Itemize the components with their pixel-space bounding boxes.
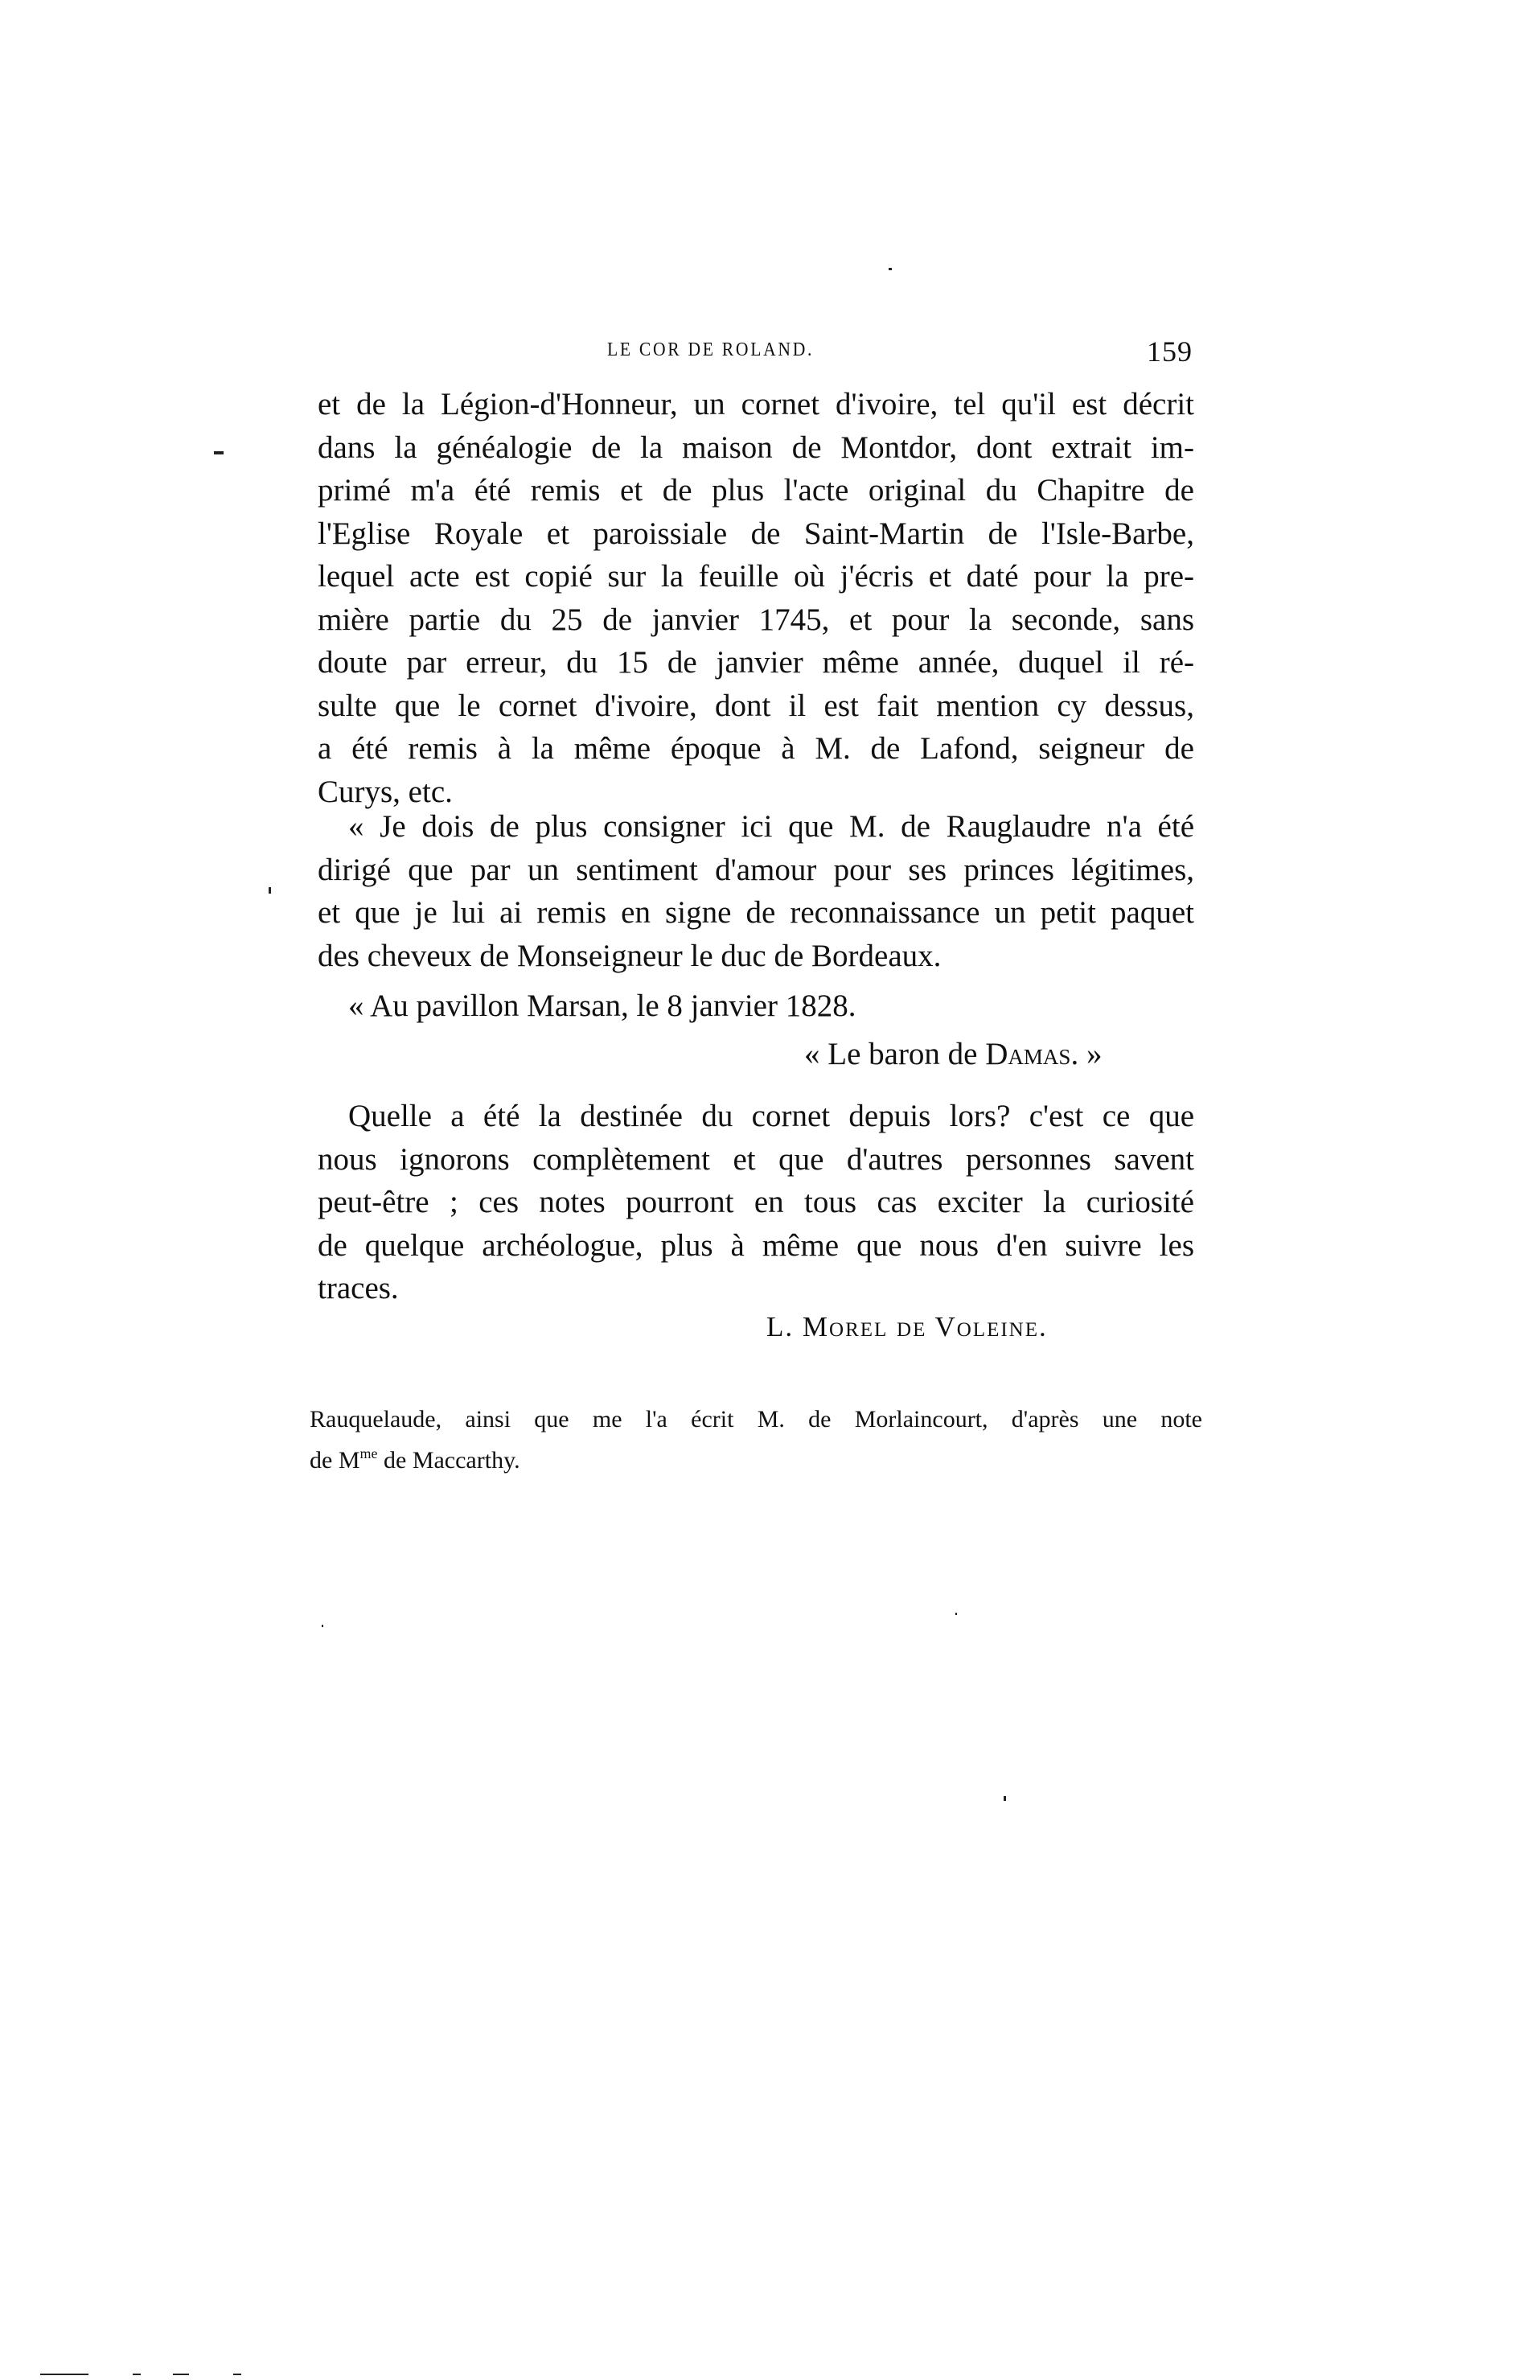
letter-signature: « Le baron de Damas. » <box>804 1036 1102 1072</box>
scan-speck <box>322 1625 323 1627</box>
paragraph-continuation: et de la Légion-d'Honneur, un cornet d'i… <box>318 383 1194 813</box>
text-line: a été remis à la même époque à M. de Laf… <box>318 727 1194 771</box>
signature-suffix: . » <box>1070 1037 1102 1071</box>
text-line: Quelle a été la destinée du cornet depui… <box>318 1095 1194 1138</box>
scan-speck <box>955 1613 957 1615</box>
scan-speck <box>889 268 892 270</box>
closing-paragraph: Quelle a été la destinée du cornet depui… <box>318 1095 1194 1310</box>
text-line: de quelque archéologue, plus à même que … <box>318 1224 1194 1268</box>
scan-speck <box>269 887 271 894</box>
scan-speck <box>233 2374 241 2375</box>
page-number: 159 <box>1147 335 1193 368</box>
scan-speck <box>214 451 224 454</box>
text-line: traces. <box>318 1267 1194 1310</box>
scan-speck <box>1004 1796 1006 1801</box>
text-line: peut-être ; ces notes pourront en tous c… <box>318 1181 1194 1224</box>
footnote-line: Rauquelaude, ainsi que me l'a écrit M. d… <box>310 1402 1202 1437</box>
book-page: LE COR DE ROLAND. 159 et de la Légion-d'… <box>0 0 1540 2380</box>
text-line: et que je lui ai remis en signe de recon… <box>318 891 1194 935</box>
dateline: « Au pavillon Marsan, le 8 janvier 1828. <box>348 988 856 1024</box>
running-title: LE COR DE ROLAND. <box>607 339 814 361</box>
text-line: mière partie du 25 de janvier 1745, et p… <box>318 598 1194 642</box>
text-line: dirigé que par un sentiment d'amour pour… <box>318 849 1194 892</box>
footnote: Rauquelaude, ainsi que me l'a écrit M. d… <box>310 1402 1202 1471</box>
quoted-paragraph: « Je dois de plus consigner ici que M. d… <box>318 805 1194 977</box>
author-surname: Morel de Voleine <box>803 1311 1039 1342</box>
text-line: nous ignorons complètement et que d'autr… <box>318 1138 1194 1182</box>
footnote-line: de Mme de Maccarthy. <box>310 1437 1202 1471</box>
running-head: LE COR DE ROLAND. 159 <box>318 336 1193 368</box>
footnote-text: de M <box>310 1447 360 1474</box>
text-line: dans la généalogie de la maison de Montd… <box>318 426 1194 470</box>
text-line: sulte que le cornet d'ivoire, dont il es… <box>318 684 1194 728</box>
scan-speck <box>133 2374 141 2375</box>
author-initial: L. <box>766 1311 803 1342</box>
scan-speck <box>40 2374 88 2375</box>
text-line: lequel acte est copié sur la feuille où … <box>318 555 1194 598</box>
text-line: l'Eglise Royale et paroissiale de Saint-… <box>318 512 1194 556</box>
signature-name: Damas <box>985 1037 1070 1071</box>
footnote-text: de Maccarthy. <box>378 1447 520 1474</box>
text-line: primé m'a été remis et de plus l'acte or… <box>318 469 1194 512</box>
text-line: des cheveux de Monseigneur le duc de Bor… <box>318 935 1194 978</box>
author-suffix: . <box>1039 1311 1048 1342</box>
text-line: « Je dois de plus consigner ici que M. d… <box>318 805 1194 849</box>
scan-speck <box>173 2374 189 2375</box>
author-signature: L. Morel de Voleine. <box>766 1311 1048 1343</box>
text-line: doute par erreur, du 15 de janvier même … <box>318 641 1194 684</box>
footnote-superscript: me <box>360 1445 378 1461</box>
signature-prefix: « Le baron de <box>804 1037 985 1071</box>
text-line: et de la Légion-d'Honneur, un cornet d'i… <box>318 383 1194 426</box>
